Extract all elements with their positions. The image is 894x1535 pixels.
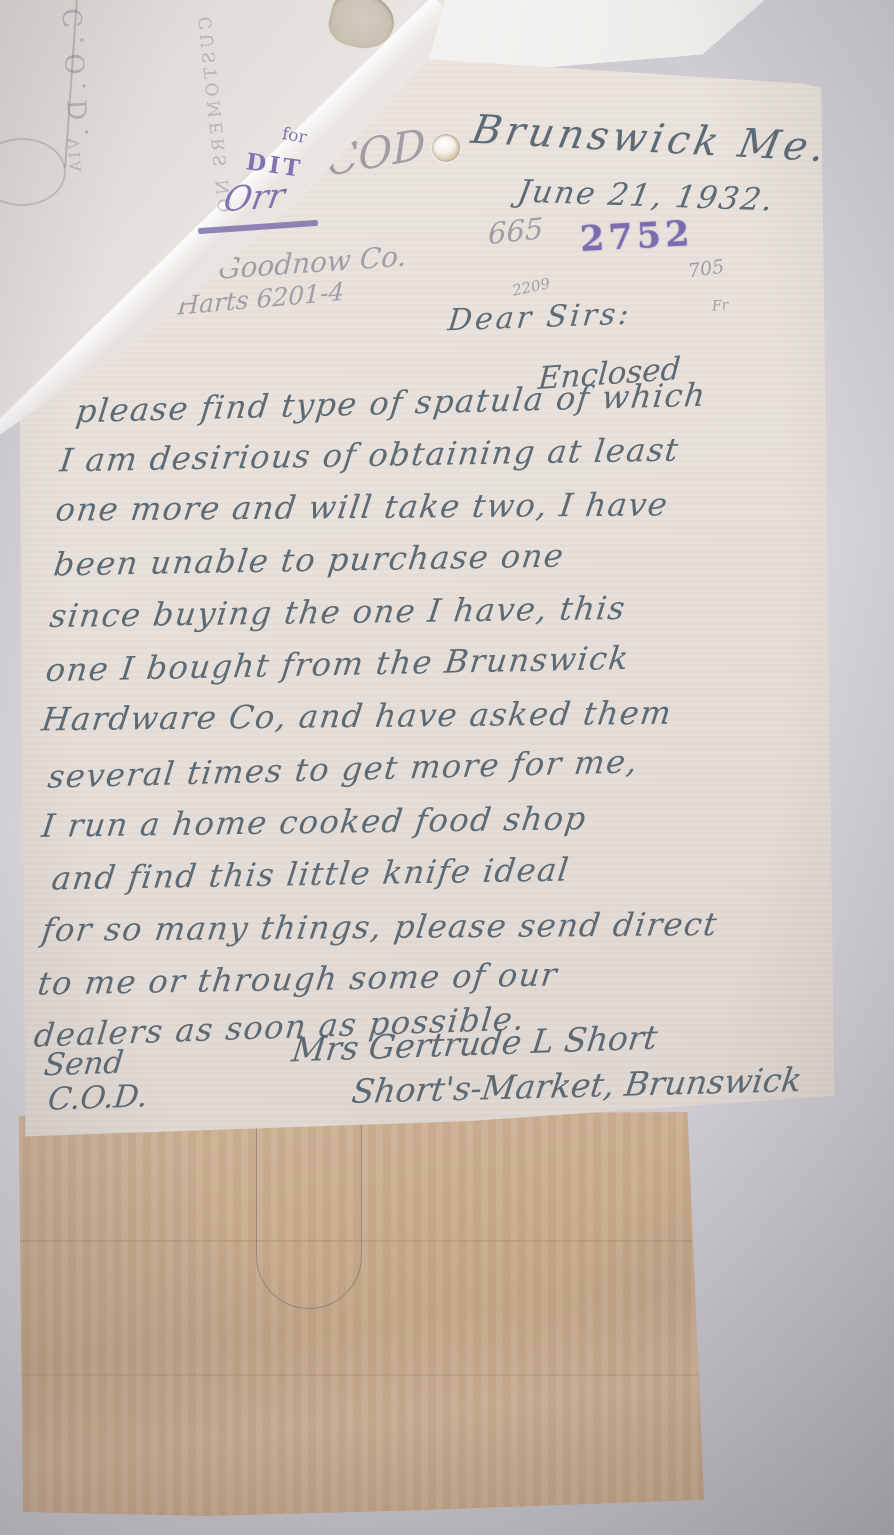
purple-stamp-number: 2752 bbox=[579, 213, 694, 260]
pencil-arc-mark bbox=[0, 138, 66, 206]
body-line-5: since buying the one I have, this bbox=[48, 589, 629, 635]
kraft-paper bbox=[16, 1112, 704, 1516]
kraft-crease bbox=[16, 1374, 704, 1376]
body-line-11: for so many things, please send direct bbox=[40, 905, 721, 949]
pencil-mark-fr: Fr bbox=[711, 297, 729, 314]
mirrored-print-via: VIA bbox=[65, 138, 85, 175]
punched-hole bbox=[432, 134, 460, 162]
pencil-traced-outline bbox=[256, 1112, 362, 1309]
photo-of-letter: COD Brunswick Me. June 21, 1932. 665 275… bbox=[0, 0, 894, 1535]
pencil-number-665: 665 bbox=[488, 211, 543, 251]
postscript-cod: C.O.D. bbox=[46, 1078, 149, 1118]
body-line-9: I run a home cooked food shop bbox=[40, 799, 590, 845]
clerk-scrawl: Orr bbox=[220, 176, 287, 221]
body-line-3: one more and will take two, I have bbox=[54, 485, 671, 528]
mirrored-print-cod: C.O.D. bbox=[58, 7, 95, 146]
postscript-send: Send bbox=[42, 1045, 125, 1084]
letter-salutation: Dear Sirs: bbox=[446, 297, 633, 339]
stamp-fragment-for: for bbox=[280, 124, 308, 148]
body-line-7: Hardware Co, and have asked them bbox=[40, 694, 675, 739]
